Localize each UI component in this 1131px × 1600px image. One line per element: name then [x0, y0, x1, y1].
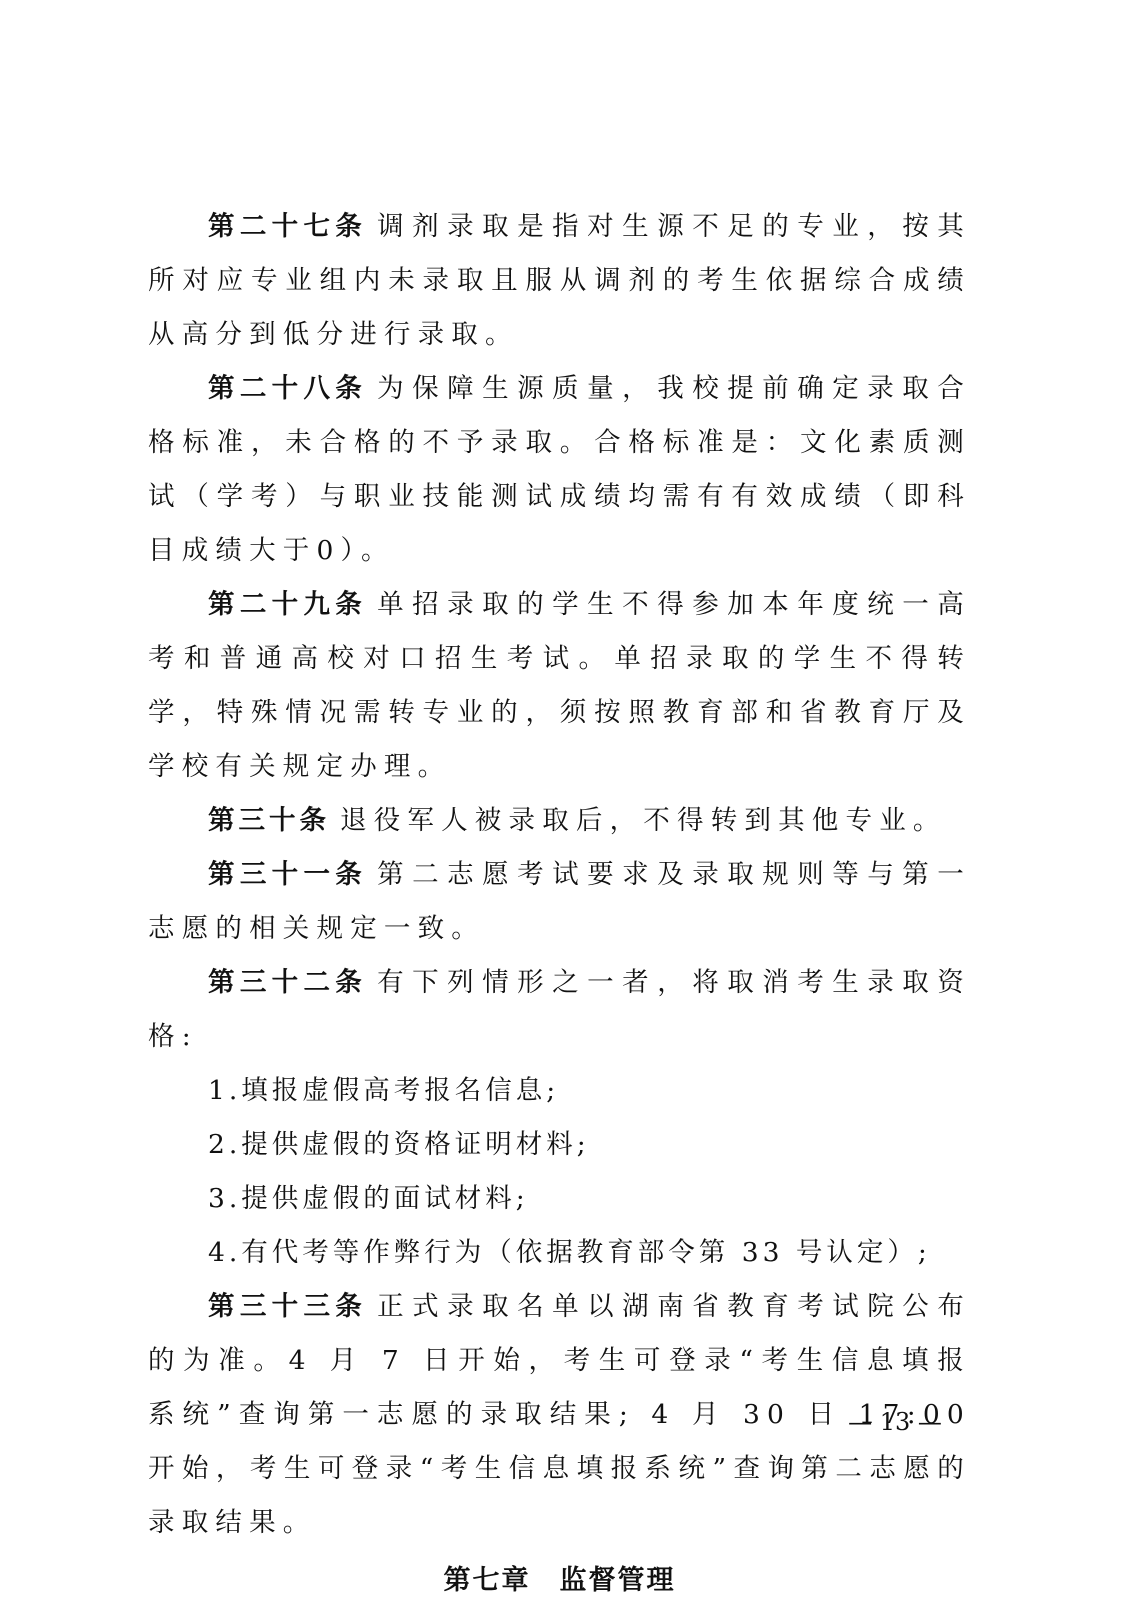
article-number: 第二十八条 [208, 373, 367, 404]
article-27: 第二十七条调剂录取是指对生源不足的专业，按其所对应专业组内未录取且服从调剂的考生… [148, 200, 971, 362]
article-text: 退役军人被录取后，不得转到其他专业。 [340, 805, 947, 836]
list-item: 1.填报虚假高考报名信息; [148, 1064, 971, 1118]
article-31: 第三十一条第二志愿考试要求及录取规则等与第一志愿的相关规定一致。 [148, 848, 971, 956]
article-29: 第二十九条单招录取的学生不得参加本年度统一高考和普通高校对口招生考试。单招录取的… [148, 578, 971, 794]
article-number: 第三十条 [208, 805, 330, 836]
list-item: 2.提供虚假的资格证明材料; [148, 1118, 971, 1172]
article-30: 第三十条退役军人被录取后，不得转到其他专业。 [148, 794, 971, 848]
article-number: 第三十二条 [208, 967, 367, 998]
article-28: 第二十八条为保障生源质量，我校提前确定录取合格标准，未合格的不予录取。合格标准是… [148, 362, 971, 578]
article-number: 第三十三条 [208, 1291, 367, 1322]
article-number: 第三十一条 [208, 859, 367, 890]
article-number: 第二十九条 [208, 589, 367, 620]
list-item: 3.提供虚假的面试材料; [148, 1172, 971, 1226]
page-number: — 13 — [820, 1402, 970, 1442]
article-number: 第二十七条 [208, 211, 367, 242]
document-page: 第二十七条调剂录取是指对生源不足的专业，按其所对应专业组内未录取且服从调剂的考生… [148, 200, 971, 1600]
article-32: 第三十二条有下列情形之一者，将取消考生录取资格: [148, 956, 971, 1064]
chapter-heading: 第七章 监督管理 [148, 1554, 971, 1600]
list-item: 4.有代考等作弊行为（依据教育部令第 33 号认定）; [148, 1226, 971, 1280]
